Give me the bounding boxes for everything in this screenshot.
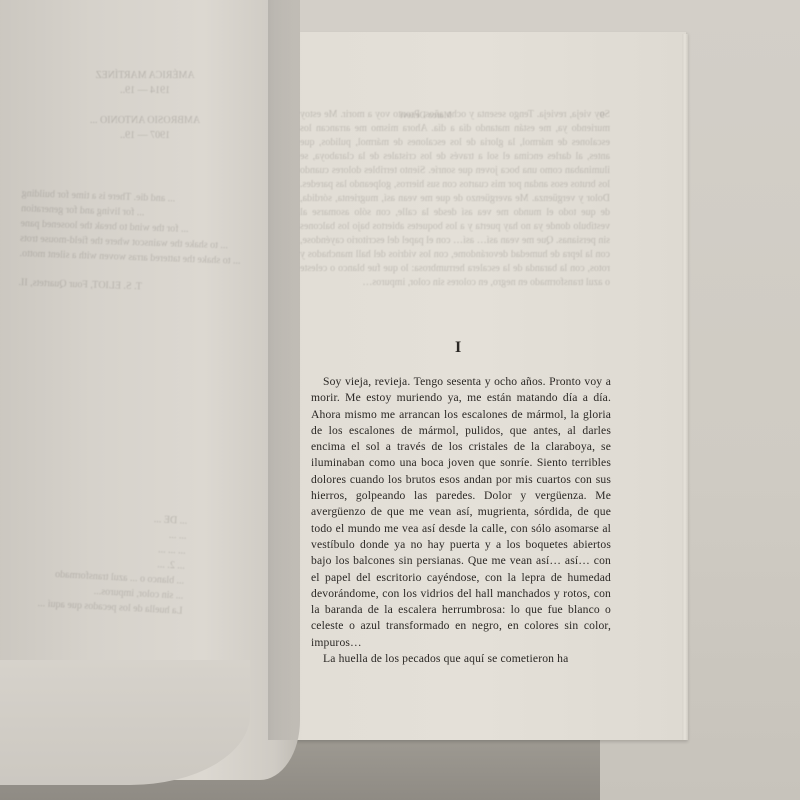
- ghost-line: AMBROSIO ANTONIO ...: [90, 113, 200, 128]
- left-page-ghost-epigraph: ... and die. There is a time for buildin…: [18, 186, 243, 298]
- ghost-line: [90, 98, 200, 113]
- ghost-line: 1914 — 19..: [90, 83, 200, 98]
- paragraph: La huella de los pecados que aquí se com…: [311, 651, 611, 667]
- ghost-line: 1907 — 19..: [90, 128, 200, 143]
- right-page-edge: [682, 34, 688, 740]
- book-photo-scene: AMÉRICA MARTÍNEZ 1914 — 19.. AMBROSIO AN…: [0, 0, 800, 800]
- ghost-body-text: Soy vieja, revieja. Tengo sesenta y ocho…: [300, 109, 610, 288]
- chapter-number: I: [455, 340, 461, 356]
- ghost-line: AMÉRICA MARTÍNEZ: [90, 68, 200, 83]
- paragraph: Soy vieja, revieja. Tengo sesenta y ocho…: [311, 374, 611, 651]
- right-page-ghost-body: Soy vieja, revieja. Tengo sesenta y ocho…: [300, 108, 610, 290]
- left-page-ghost-dedication: AMÉRICA MARTÍNEZ 1914 — 19.. AMBROSIO AN…: [90, 68, 200, 143]
- left-page-ghost-bottom: ... DE ... ... ... ... ... ... ... 2. ..…: [37, 506, 187, 618]
- book-gutter-shadow: [268, 0, 298, 740]
- body-text: Soy vieja, revieja. Tengo sesenta y ocho…: [311, 374, 611, 667]
